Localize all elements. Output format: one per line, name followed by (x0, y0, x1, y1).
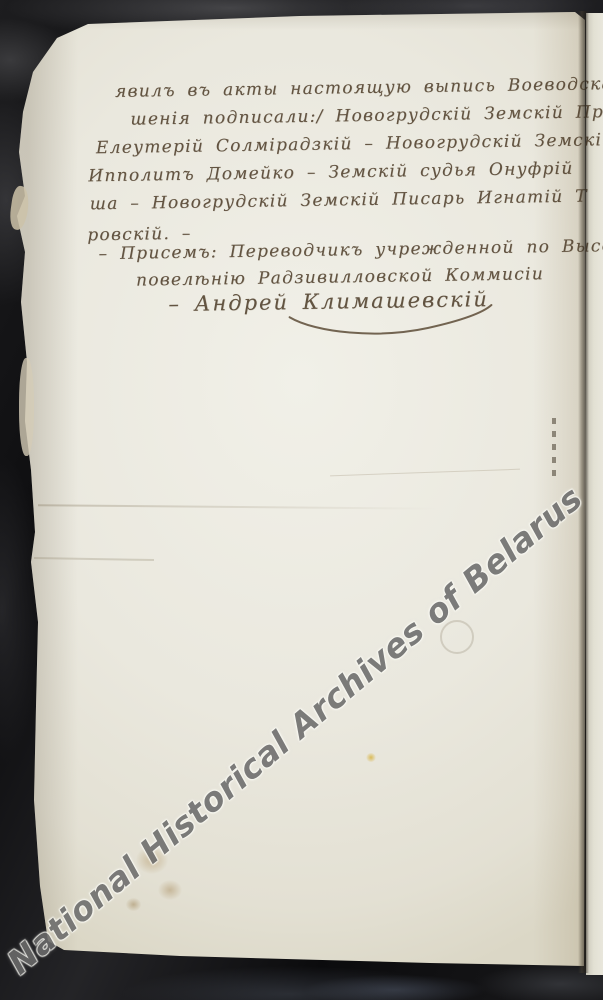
handwritten-text-block: явилъ въ акты настоящую выпись Воеводска… (0, 0, 603, 1000)
manuscript-line-1: явилъ въ акты настоящую выпись Воеводска… (115, 73, 603, 102)
page-gutter-shadow (578, 11, 589, 973)
manuscript-line-2: шенія подписали:/ Новогрудскій Земскій П… (130, 102, 603, 130)
signature-flourish (285, 300, 496, 341)
manuscript-line-4: Ипполитъ Домейко – Земскій судья Онуфрій (88, 159, 574, 187)
scanned-document-view: явилъ въ акты настоящую выпись Воеводска… (0, 0, 603, 1000)
manuscript-line-3: Елеутерій Солмірадзкій – Новогрудскій Зе… (96, 130, 603, 159)
manuscript-line-5: ша – Новогрудскій Земскій Писарь Игнатій… (90, 187, 588, 215)
